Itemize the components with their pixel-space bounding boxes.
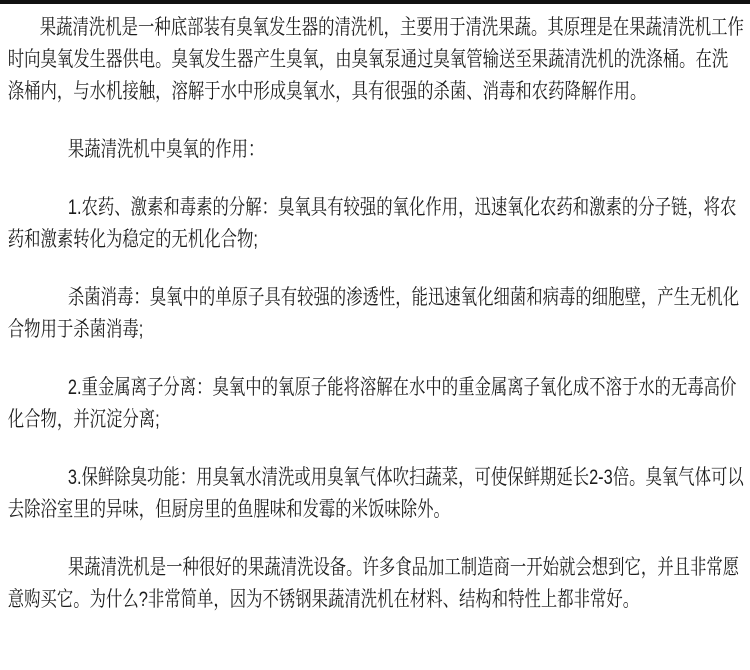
paragraph-ozone-role-title: 果蔬清洗机中臭氧的作用：	[8, 134, 744, 166]
paragraph-item-3-freshness: 3.保鲜除臭功能：用臭氧水清洗或用臭氧气体吹扫蔬菜，可使保鲜期延长2-3倍。臭氧…	[8, 462, 744, 526]
paragraph-conclusion: 果蔬清洗机是一种很好的果蔬清洗设备。许多食品加工制造商一开始就会想到它，并且非常…	[8, 552, 744, 616]
document-page: 果蔬清洗机是一种底部装有臭氧发生器的清洗机，主要用于清洗果蔬。其原理是在果蔬清洗…	[0, 4, 750, 616]
paragraph-item-1-pesticide: 1.农药、激素和毒素的分解：臭氧具有较强的氧化作用，迅速氧化农药和激素的分子链，…	[8, 192, 744, 256]
paragraph-item-2-heavy-metal: 2.重金属离子分离：臭氧中的氧原子能将溶解在水中的重金属离子氧化成不溶于水的无毒…	[8, 372, 744, 436]
paragraph-intro: 果蔬清洗机是一种底部装有臭氧发生器的清洗机，主要用于清洗果蔬。其原理是在果蔬清洗…	[8, 12, 744, 108]
paragraph-sterilization: 杀菌消毒：臭氧中的单原子具有较强的渗透性，能迅速氧化细菌和病毒的细胞壁，产生无机…	[8, 282, 744, 346]
